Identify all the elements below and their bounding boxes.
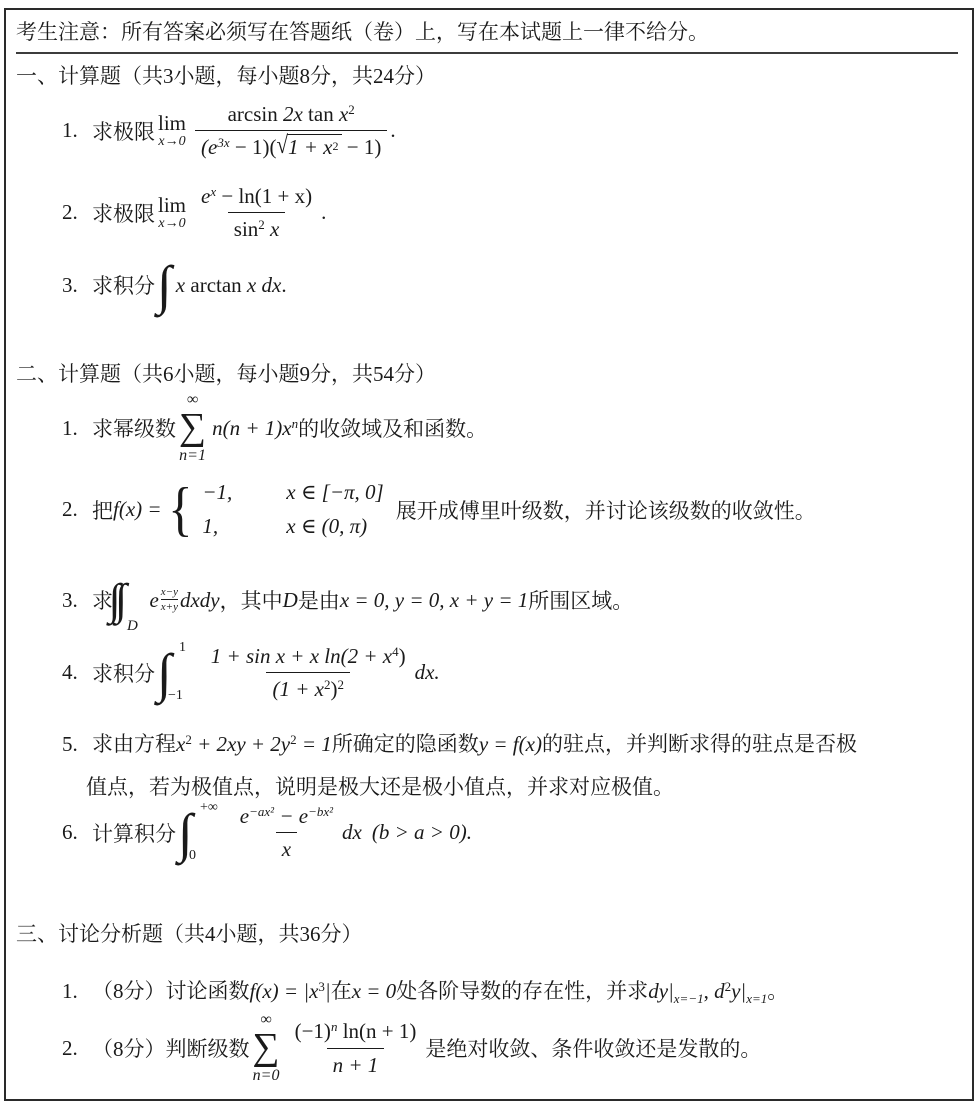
question-3-1: 1.（8分）讨论函数f(x) = |x3|在x = 0处各阶导数的存在性，并求d…	[62, 974, 788, 1008]
exp-denominator: x+y	[161, 599, 178, 614]
question-prefix: 求	[92, 585, 113, 615]
summation-operator: ∞∑n=1	[179, 392, 206, 464]
fraction-denominator: sin2 x	[228, 212, 286, 243]
radicand: 1 + x2	[287, 134, 342, 160]
question-prefix: 求积分	[92, 658, 155, 688]
integral-lower-limit: −1	[168, 688, 183, 704]
var-D: D	[283, 588, 298, 613]
differentials: dxdy	[180, 588, 220, 612]
case-1-domain: x ∈ [−π, 0]	[286, 480, 383, 505]
sigma-symbol: ∑	[179, 408, 206, 446]
fn-tan: tan	[308, 102, 334, 126]
question-suffix: 展开成傅里叶级数，并讨论该级数的收敛性。	[396, 495, 816, 525]
exponent: −bx²	[308, 804, 333, 819]
var: e	[201, 184, 210, 208]
evaluation-subscript: x=−1	[674, 991, 704, 1006]
question-1-1: 1. 求极限 limx→0 arcsin 2x tan x2 (e3x − 1)…	[62, 100, 396, 162]
section-1-heading: 一、计算题（共3小题，每小题8分，共24分）	[16, 62, 436, 90]
text-run: 的驻点，并判断求得的驻点是否极	[542, 732, 857, 756]
period: .	[390, 118, 395, 143]
expr: − e	[274, 804, 308, 828]
question-2-2: 2. 把 f(x) = { −1,x ∈ [−π, 0] 1,x ∈ (0, π…	[62, 480, 816, 539]
fn-ln: ln(n + 1)	[337, 1019, 416, 1043]
comma: ,	[704, 979, 715, 1003]
summation-operator: ∞∑n=0	[253, 1012, 280, 1084]
fraction-denominator: (1 + x2)2	[266, 672, 350, 703]
exp-numerator: x−y	[161, 586, 178, 599]
evaluation-subscript: x=1	[746, 991, 767, 1006]
fraction-denominator: x	[276, 832, 297, 863]
exponent: 2	[337, 677, 344, 692]
differential-expr: y|	[731, 979, 746, 1003]
var: x	[339, 102, 348, 126]
exponent: −ax²	[249, 804, 274, 819]
var: x	[176, 732, 185, 756]
exponent: 2	[348, 102, 355, 117]
question-prefix: 计算积分	[92, 818, 176, 848]
integral-domain-subscript: D	[127, 618, 138, 635]
fraction-numerator: e−ax² − e−bx²	[234, 802, 339, 832]
integral-lower-limit: 0	[189, 848, 196, 864]
differential: dx.	[415, 660, 440, 685]
expr: (−1)	[295, 1019, 331, 1043]
integrand: ex−yx+ydxdy	[149, 586, 219, 613]
piecewise-cases: { −1,x ∈ [−π, 0] 1,x ∈ (0, π)	[162, 480, 384, 539]
fraction-numerator: 1 + sin x + x ln(2 + x4)	[205, 642, 412, 672]
question-line-2: 值点，若为极值点，说明是极大还是极小值点，并求对应极值。	[62, 771, 857, 804]
question-number: 3.	[62, 273, 86, 298]
question-2-3: 3. 求 ∫∫D ex−yx+ydxdy ，其中D是由x = 0, y = 0,…	[62, 574, 633, 626]
operator-text: − 1)(	[230, 135, 277, 159]
exponent-fraction: x−yx+y	[161, 586, 178, 613]
exam-notice: 考生注意：所有答案必须写在答题纸（卷）上，写在本试题上一律不给分。	[16, 18, 958, 54]
sum-lower-limit: n=1	[179, 448, 206, 464]
question-2-1: 1. 求幂级数 ∞∑n=1 n(n + 1)xn 的收敛域及和函数。	[62, 392, 487, 464]
integral-operator: ∫+∞0	[178, 804, 227, 862]
integral-upper-limit: 1	[179, 640, 186, 656]
boundary-equations: x = 0, y = 0, x + y = 1	[340, 588, 528, 613]
var: e	[149, 588, 158, 612]
var: 2x	[283, 102, 303, 126]
score-label: （8分）	[92, 979, 166, 1003]
question-line-1: 5.求由方程x2 + 2xy + 2y2 = 1所确定的隐函数y = f(x)的…	[62, 728, 857, 761]
operator-text: − 1)	[342, 135, 382, 159]
function-def: f(x) = |x	[250, 979, 319, 1003]
exam-sheet: 考生注意：所有答案必须写在答题纸（卷）上，写在本试题上一律不给分。 一、计算题（…	[4, 8, 974, 1101]
question-number: 1.	[62, 118, 86, 143]
var: x	[282, 837, 291, 861]
point-def: x = 0	[352, 979, 397, 1003]
limit-operator: limx→0	[158, 194, 186, 232]
question-number: 6.	[62, 820, 86, 845]
question-number: 3.	[62, 588, 86, 613]
lim-symbol: lim	[158, 194, 186, 216]
question-1-3: 3. 求积分 ∫ x arctan x dx.	[62, 256, 287, 314]
question-prefix: 求由方程	[92, 732, 176, 756]
integrand: x arctan x dx.	[176, 273, 287, 298]
question-number: 2.	[62, 1036, 86, 1061]
text-run: 所确定的隐函数	[332, 732, 479, 756]
lim-symbol: lim	[158, 112, 186, 134]
question-number: 2.	[62, 200, 86, 225]
question-2-4: 4. 求积分 ∫1−1 1 + sin x + x ln(2 + x4) (1 …	[62, 642, 440, 704]
series-term: n(n + 1)xn	[212, 416, 298, 441]
question-number: 2.	[62, 497, 86, 522]
integral-operator: ∫1−1	[157, 644, 198, 702]
left-brace: {	[168, 484, 192, 535]
case-1-value: −1,	[202, 480, 232, 505]
text-run: 处各阶导数的存在性，并求	[396, 979, 648, 1003]
double-integral-operator: ∫∫D	[115, 574, 141, 626]
fn-arcsin: arcsin	[228, 102, 278, 126]
var: x	[176, 273, 191, 297]
sigma-symbol: ∑	[253, 1028, 280, 1066]
expr: 1 + sin x + x ln(2 + x	[211, 644, 392, 668]
text-run: 讨论函数	[166, 979, 250, 1003]
text-run: 判断级数	[166, 1033, 250, 1063]
expr: n + 1	[333, 1053, 379, 1077]
section-2-heading: 二、计算题（共6小题，每小题9分，共54分）	[16, 360, 436, 388]
var: (e	[201, 135, 217, 159]
var: x dx	[242, 273, 282, 297]
question-prefix: 把	[92, 495, 113, 525]
expr: = 1	[297, 732, 332, 756]
square-root: √1 + x2	[276, 134, 341, 160]
text-run: ，其中	[220, 585, 283, 615]
fn-arctan: arctan	[190, 273, 241, 297]
case-2-value: 1,	[202, 514, 232, 539]
fraction: ex − ln(1 + x) sin2 x	[195, 182, 318, 244]
question-prefix: 求极限	[92, 116, 155, 146]
fraction: (−1)n ln(n + 1) n + 1	[289, 1017, 423, 1079]
question-number: 1.	[62, 974, 86, 1008]
question-number: 1.	[62, 416, 86, 441]
limit-operator: limx→0	[158, 112, 186, 150]
exponent: 2	[258, 217, 265, 232]
lim-subscript: x→0	[158, 135, 185, 150]
var: n(n + 1)x	[212, 416, 291, 440]
fraction-numerator: arcsin 2x tan x2	[222, 100, 361, 130]
expr: + 2xy + 2y	[192, 732, 290, 756]
var: x	[270, 217, 279, 241]
fraction: arcsin 2x tan x2 (e3x − 1)(√1 + x2 − 1)	[195, 100, 387, 162]
text-run: 。	[767, 979, 788, 1003]
fraction: e−ax² − e−bx² x	[234, 802, 339, 864]
differential-expr: d	[714, 979, 725, 1003]
section-3-heading: 三、讨论分析题（共4小题，共36分）	[16, 920, 363, 948]
function-def: f(x) =	[113, 497, 162, 522]
question-2-5: 5.求由方程x2 + 2xy + 2y2 = 1所确定的隐函数y = f(x)的…	[62, 728, 857, 804]
question-suffix: 的收敛域及和函数。	[298, 413, 487, 443]
operator-text: − ln(1 + x)	[216, 184, 312, 208]
integral-operator: ∫	[157, 256, 172, 314]
fraction-denominator: n + 1	[327, 1048, 385, 1079]
text-run: 在	[331, 979, 352, 1003]
lim-subscript: x→0	[158, 217, 185, 232]
question-number: 4.	[62, 660, 86, 685]
case-2-domain: x ∈ (0, π)	[286, 514, 383, 539]
question-3-2: 2. （8分）判断级数 ∞∑n=0 (−1)n ln(n + 1) n + 1 …	[62, 1012, 761, 1084]
fn-sin: sin	[234, 217, 259, 241]
question-2-6: 6. 计算积分 ∫+∞0 e−ax² − e−bx² x dx (b > a >…	[62, 802, 472, 864]
question-prefix: 求幂级数	[92, 413, 176, 443]
question-suffix: 是绝对收敛、条件收敛还是发散的。	[425, 1033, 761, 1063]
paren: )	[399, 644, 406, 668]
condition: (b > a > 0).	[372, 820, 472, 845]
var: 1 + x	[288, 135, 333, 159]
question-1-2: 2. 求极限 limx→0 ex − ln(1 + x) sin2 x .	[62, 182, 326, 244]
question-number: 5.	[62, 728, 86, 761]
integral-upper-limit: +∞	[200, 800, 218, 816]
question-prefix: 求积分	[92, 270, 155, 300]
sum-lower-limit: n=0	[253, 1068, 280, 1084]
var: e	[240, 804, 249, 828]
fraction-numerator: (−1)n ln(n + 1)	[289, 1017, 423, 1047]
differential: dx	[342, 820, 362, 845]
cases-rows: −1,x ∈ [−π, 0] 1,x ∈ (0, π)	[202, 480, 383, 539]
question-prefix: 求极限	[92, 198, 155, 228]
fraction: 1 + sin x + x ln(2 + x4) (1 + x2)2	[205, 642, 412, 704]
differential-expr: dy|	[648, 979, 674, 1003]
radical-sign: √	[276, 130, 288, 161]
period: .	[321, 200, 326, 225]
exponent: 2	[333, 139, 339, 153]
text-run: 所围区域。	[528, 585, 633, 615]
fraction-denominator: (e3x − 1)(√1 + x2 − 1)	[195, 130, 387, 161]
integral-sign: ∫	[157, 256, 172, 314]
expr: (1 + x	[272, 677, 324, 701]
fraction-numerator: ex − ln(1 + x)	[195, 182, 318, 212]
exam-page: { "colors": { "text": "#1a1a1a", "border…	[0, 0, 980, 1105]
exponent: 3x	[217, 135, 229, 150]
score-label: （8分）	[92, 1033, 166, 1063]
period: .	[281, 273, 286, 297]
text-run: 是由	[298, 585, 340, 615]
function-def: y = f(x)	[479, 732, 542, 756]
